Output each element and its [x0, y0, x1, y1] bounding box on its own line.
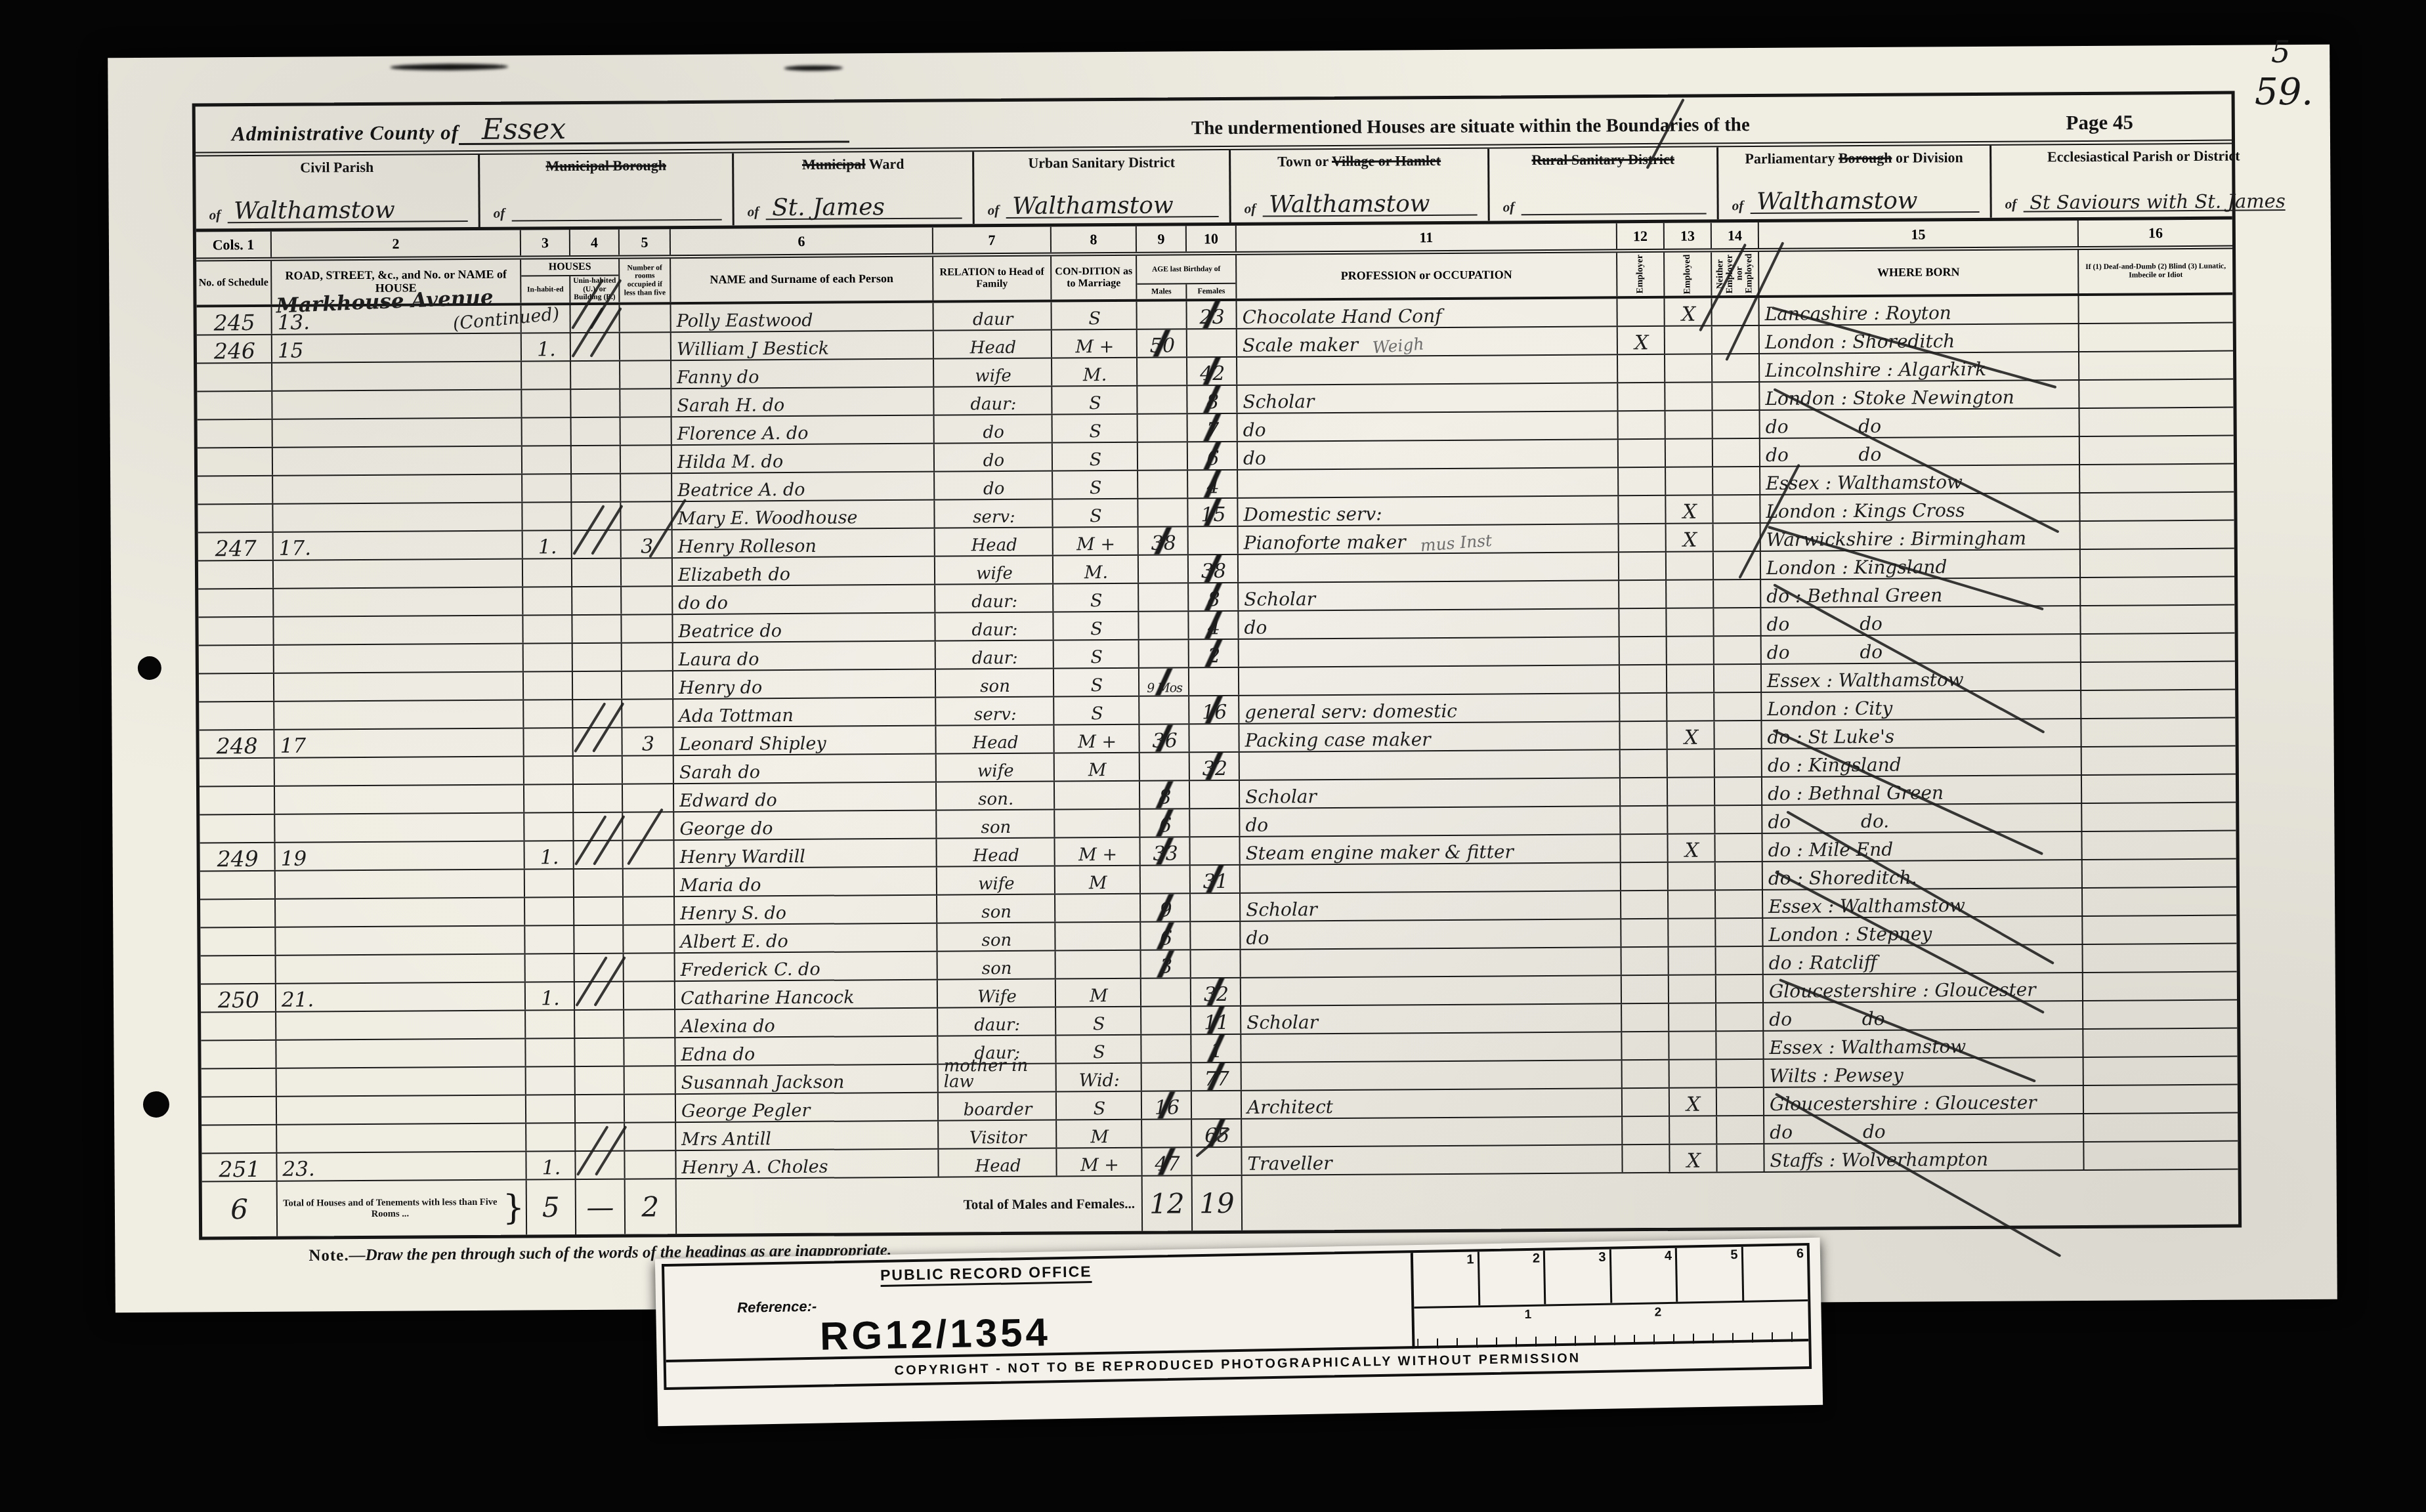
- cell-infirmity: [2084, 1142, 2238, 1169]
- cell-employed: [1669, 947, 1716, 974]
- cell-text: 17.: [279, 539, 311, 558]
- cell-house: [275, 813, 524, 841]
- cell-name: Hilda M. do: [672, 444, 935, 472]
- cell-inhabited: [524, 728, 573, 755]
- cell-text: S: [1089, 423, 1101, 440]
- cell-schedule: 245: [197, 307, 272, 335]
- cell-inhabited: [522, 418, 572, 445]
- cell-age-male: 8: [1140, 781, 1190, 808]
- cell-condition: M +: [1055, 838, 1140, 866]
- cell-infirmity: [2081, 634, 2235, 661]
- cell-occupation: Scale makerWeigh: [1237, 327, 1618, 356]
- cell-text: Maria do: [680, 877, 761, 894]
- cell-text: X: [1684, 728, 1699, 747]
- houses-title-text: HOUSES: [547, 261, 593, 273]
- cell-employer: [1619, 468, 1666, 495]
- cell-neither: [1716, 919, 1763, 946]
- cell-house: [277, 1095, 526, 1123]
- district-value: St Saviours with St. James: [2023, 193, 2286, 212]
- col-number: 9: [1137, 226, 1187, 251]
- totals-rooms: 2: [626, 1179, 677, 1234]
- cell-condition: S: [1053, 443, 1138, 471]
- cell-text: S: [1090, 649, 1103, 666]
- cell-text: Laura do: [679, 652, 759, 669]
- cell-text: Head: [973, 848, 1019, 864]
- cell-rooms: [624, 982, 675, 1009]
- cell-text: Beatrice do: [678, 623, 782, 640]
- cell-age-male: 33: [1140, 837, 1190, 864]
- district-value: [1521, 213, 1707, 215]
- cell-text: S: [1088, 310, 1101, 327]
- cell-age-male: 9 Mos: [1139, 668, 1189, 695]
- header-employer: Employer: [1617, 253, 1665, 296]
- cell-text: M: [1090, 988, 1108, 1005]
- district-value: Walthamstow: [1262, 194, 1478, 217]
- pro-office-title: PUBLIC RECORD OFFICE: [691, 1259, 1281, 1288]
- cell-occupation: [1241, 1032, 1622, 1062]
- cell-text: 1.: [541, 990, 560, 1009]
- cell-house: [276, 1011, 526, 1039]
- folio-number-partial: 5: [2271, 34, 2290, 70]
- cell-where-born: Essex : Walthamstow: [1764, 1030, 2083, 1059]
- cell-uninhabited: [576, 1095, 625, 1122]
- cell-employed: [1668, 749, 1715, 776]
- cell-house: [274, 701, 524, 729]
- cell-rooms: [622, 671, 673, 698]
- cell-infirmity: [2079, 324, 2233, 351]
- ruler-number: 6: [1797, 1246, 1804, 1261]
- cell-employed: X: [1667, 524, 1714, 551]
- cell-text: 8: [1206, 393, 1219, 412]
- district-box: Parliamentary Borough or DivisionofWalth…: [1718, 146, 1992, 220]
- cell-text: Leonard Shipley: [679, 736, 826, 753]
- admin-county-value: Essex: [459, 115, 849, 145]
- cell-text: wife: [978, 876, 1015, 892]
- cell-text: Susannah Jackson: [681, 1074, 845, 1092]
- cell-schedule: 248: [199, 730, 274, 758]
- cell-relation: son: [938, 952, 1056, 979]
- cell-occupation: Pianoforte makermus Inst: [1239, 524, 1619, 554]
- cell-relation: Head: [934, 331, 1052, 358]
- cell-relation: wife: [934, 359, 1052, 387]
- cell-age-male: [1138, 358, 1187, 385]
- cell-name: Henry A. Choles: [676, 1150, 939, 1178]
- district-box: Ecclesiastical Parish or District ofSt S…: [1991, 144, 2296, 218]
- cell-uninhabited: [572, 474, 621, 501]
- cell-text: X: [1683, 531, 1697, 550]
- cell-text: 6: [1206, 450, 1219, 469]
- cell-neither: [1716, 862, 1763, 889]
- cell-text: 245: [214, 312, 255, 333]
- cell-rooms: [624, 954, 675, 980]
- age-group-cells: MalesFemales: [1137, 284, 1235, 299]
- totals-uninhabited: —: [576, 1180, 626, 1234]
- cell-condition: S: [1053, 415, 1138, 442]
- cell-text: Albert E. do: [680, 933, 788, 951]
- cell-house: 21.: [276, 982, 526, 1011]
- cell-employed: X: [1667, 721, 1714, 748]
- cell-employer: [1620, 665, 1667, 692]
- cell-employer: [1621, 778, 1668, 805]
- cell-where-born: do : Kingsland: [1762, 747, 2082, 776]
- cell-age-female: [1191, 950, 1241, 977]
- cell-text: S: [1090, 451, 1102, 469]
- cell-occupation: [1239, 553, 1619, 582]
- cell-condition: S: [1056, 1036, 1141, 1063]
- cell-inhabited: [525, 870, 574, 896]
- cell-name: Mrs Antill: [676, 1122, 939, 1150]
- age-group-title: AGE last Birthday of: [1137, 255, 1235, 285]
- header-text: If (1) Deaf-and-Dumb (2) Blind (3) Lunat…: [2079, 262, 2232, 280]
- cell-schedule: 249: [200, 843, 276, 871]
- header-text: RELATION to Head of Family: [933, 266, 1050, 290]
- cell-inhabited: [524, 672, 573, 699]
- cell-neither: [1717, 1116, 1764, 1143]
- cell-uninhabited: [574, 898, 624, 925]
- cell-age-female: [1192, 1091, 1242, 1118]
- header-schedule: No. of Schedule: [196, 261, 272, 305]
- cell-where-born: do do: [1761, 606, 2081, 635]
- ruler: 123456 12: [1411, 1246, 1809, 1349]
- scan-smudge: [390, 64, 508, 71]
- cell-occupation: Scholar: [1239, 581, 1619, 610]
- cell-employer: [1620, 722, 1667, 749]
- cell-where-born: Gloucestershire : Gloucester: [1764, 973, 2083, 1002]
- cell-text: Sarah do: [679, 765, 760, 782]
- of-label: of: [1732, 198, 1744, 214]
- cell-schedule: [199, 646, 274, 673]
- occupation-text: Packing case maker: [1245, 731, 1431, 749]
- cell-age-male: [1138, 442, 1188, 469]
- cell-employer: [1623, 1117, 1670, 1144]
- cell-employed: [1667, 637, 1714, 663]
- district-title-text: Town or: [1277, 153, 1332, 170]
- cell-employer: [1622, 1032, 1669, 1059]
- cell-age-female: 8: [1189, 583, 1239, 610]
- cell-employed: [1667, 693, 1714, 720]
- header-house: ROAD, STREET, &c., and No. or NAME of HO…: [272, 260, 521, 304]
- cell-infirmity: [2082, 803, 2236, 831]
- cell-neither: [1717, 1144, 1764, 1171]
- header-text: Employed: [1683, 254, 1693, 294]
- cell-schedule: [202, 1125, 277, 1153]
- cell-age-female: 65: [1192, 1120, 1242, 1146]
- cell-name: Susannah Jackson: [676, 1065, 939, 1093]
- cell-house: [273, 419, 522, 447]
- occupation-text: Architect: [1247, 1099, 1333, 1116]
- header-name: NAME and Surname of each Person: [671, 257, 933, 302]
- cell-inhabited: [524, 785, 574, 812]
- cell-infirmity: [2079, 352, 2233, 379]
- totals-schedule-count: 6: [230, 1193, 248, 1225]
- district-of-line: ofSt. James: [734, 172, 972, 226]
- cell-house: [276, 1039, 526, 1067]
- cell-age-female: 6: [1188, 442, 1238, 469]
- cell-neither: [1715, 778, 1762, 805]
- cell-uninhabited: [572, 616, 622, 642]
- header-text: In-habit-ed: [526, 285, 565, 294]
- cell-text: Fanny do: [677, 369, 759, 387]
- cell-employed: X: [1666, 495, 1713, 522]
- cell-text: 16: [1155, 1099, 1180, 1118]
- cell-inhabited: [526, 954, 575, 981]
- cell-rooms: [622, 587, 673, 614]
- cell-text: daur:: [971, 622, 1017, 639]
- cell-text: Ada Tottman: [679, 707, 794, 725]
- cell-employer: [1617, 299, 1665, 325]
- cell-text: 77: [1204, 1070, 1229, 1089]
- cell-uninhabited: [576, 1067, 625, 1094]
- cell-text: Essex : Walthamstow: [1767, 672, 1964, 690]
- cell-text: M +: [1076, 536, 1115, 553]
- cell-relation: Head: [937, 839, 1055, 866]
- cell-relation: boarder: [939, 1093, 1057, 1120]
- cell-infirmity: [2080, 408, 2234, 436]
- occupation-text: Chocolate Hand Conf: [1243, 308, 1442, 326]
- cell-neither: [1714, 637, 1762, 663]
- cell-infirmity: [2083, 1001, 2237, 1028]
- cell-relation: daur:: [934, 387, 1052, 415]
- cell-text: 38: [1151, 534, 1176, 553]
- cell-text: M: [1088, 762, 1107, 779]
- col-number: 14: [1712, 222, 1759, 248]
- header-text: CON-DITION as to Marriage: [1052, 266, 1136, 289]
- district-boxes: Civil Parish ofWalthamstowMunicipal Boro…: [196, 144, 2232, 232]
- district-value: Walthamstow: [1006, 196, 1219, 219]
- cell-age-male: [1141, 866, 1191, 892]
- cell-text: 1.: [537, 341, 556, 360]
- cell-house: 23.: [277, 1152, 526, 1180]
- cell-age-female: [1187, 329, 1237, 356]
- cell-text: Florence A. do: [677, 425, 809, 443]
- district-title: Ecclesiastical Parish or District: [1991, 144, 2295, 165]
- cell-condition: S: [1053, 499, 1138, 527]
- cell-text: 4: [1207, 478, 1220, 497]
- cell-employed: [1670, 1116, 1717, 1143]
- district-of-line: of: [480, 173, 732, 227]
- cell-schedule: [201, 1041, 276, 1068]
- cell-where-born: Gloucestershire : Gloucester: [1764, 1086, 2084, 1115]
- cell-employer: [1622, 976, 1669, 1003]
- cell-employer: [1619, 440, 1666, 467]
- cell-text: S: [1090, 593, 1103, 610]
- cell-where-born: Wilts : Pewsey: [1764, 1058, 2084, 1087]
- cell-rooms: [624, 869, 675, 896]
- cell-schedule: [201, 1013, 276, 1040]
- cell-age-male: 36: [1139, 724, 1189, 751]
- cell-employed: [1670, 1060, 1717, 1087]
- cell-employer: [1621, 835, 1668, 862]
- cell-text: M.: [1084, 564, 1108, 581]
- cell-text: 15: [278, 341, 304, 361]
- cell-occupation: Packing case maker: [1239, 722, 1620, 751]
- cell-text: 1.: [540, 849, 559, 868]
- district-box: Municipal WardofSt. James: [734, 152, 975, 225]
- cell-employed: [1665, 354, 1713, 381]
- cell-neither: [1715, 806, 1762, 833]
- cell-employer: [1623, 1145, 1670, 1172]
- cell-schedule: [198, 476, 273, 504]
- cell-text: 2: [1208, 647, 1220, 666]
- col-number: 11: [1237, 223, 1617, 251]
- cell-text: daur:: [974, 1017, 1020, 1034]
- cell-infirmity: [2081, 577, 2234, 605]
- cell-occupation: [1239, 637, 1620, 667]
- cell-text: do: [983, 453, 1004, 469]
- cell-text: S: [1090, 480, 1102, 497]
- cell-infirmity: [2081, 719, 2235, 746]
- cell-text: 246: [214, 341, 255, 362]
- district-title: Municipal Ward: [734, 152, 972, 173]
- cell-infirmity: [2082, 831, 2236, 859]
- header-occupation: PROFESSION or OCCUPATION: [1237, 253, 1617, 299]
- cell-condition: S: [1053, 612, 1139, 640]
- cell-condition: M +: [1054, 725, 1139, 753]
- cell-condition: [1055, 810, 1140, 837]
- cell-employed: [1668, 806, 1715, 833]
- scan-smudge: [784, 66, 843, 72]
- cell-rooms: [624, 925, 675, 952]
- cell-condition: S: [1053, 584, 1139, 612]
- cell-house: [277, 1067, 526, 1095]
- cell-age-female: [1189, 724, 1239, 751]
- occupation-text: do: [1246, 930, 1269, 948]
- cell-condition: M +: [1052, 330, 1138, 358]
- col-number: 3: [521, 230, 570, 255]
- cell-house: 17.: [274, 532, 523, 560]
- cell-condition: M: [1056, 979, 1141, 1007]
- cell-house: 15: [272, 334, 522, 362]
- district-title-text: Ecclesiastical Parish or District: [2047, 148, 2240, 165]
- cell-inhabited: [525, 898, 574, 925]
- cell-text: Head: [972, 735, 1018, 751]
- cell-text: M +: [1080, 1157, 1119, 1174]
- cell-text: Hilda M. do: [677, 453, 783, 471]
- cell-occupation: do: [1241, 919, 1621, 949]
- district-title-struck: Municipal: [802, 156, 866, 173]
- reference-number: RG12/1354: [819, 1309, 1051, 1358]
- cell-inhabited: [524, 644, 573, 671]
- cell-age-female: [1190, 809, 1240, 836]
- cell-name: Mary E. Woodhouse: [672, 501, 935, 529]
- cell-infirmity: [2081, 549, 2234, 577]
- cell-employed: X: [1670, 1088, 1717, 1115]
- cell-infirmity: [2080, 493, 2234, 520]
- cell-employed: [1665, 326, 1713, 353]
- cell-name: Henry do: [673, 670, 936, 698]
- cell-text: Edna do: [681, 1047, 755, 1064]
- header-age-group: AGE last Birthday ofMalesFemales: [1137, 255, 1237, 299]
- cell-age-female: [1191, 894, 1241, 921]
- cell-employer: [1618, 355, 1665, 382]
- cell-text: Wilts : Pewsey: [1770, 1067, 1904, 1085]
- cell-condition: [1055, 923, 1141, 950]
- cell-infirmity: [2080, 436, 2234, 464]
- cell-name: Elizabeth do: [673, 557, 935, 585]
- cell-text: boarder: [964, 1102, 1032, 1118]
- cell-uninhabited: [574, 757, 623, 784]
- occupation-text: do: [1243, 450, 1266, 468]
- cell-house: [274, 588, 523, 616]
- cell-uninhabited: [574, 785, 623, 812]
- cell-employer: [1621, 750, 1668, 777]
- cell-age-female: 77: [1192, 1063, 1242, 1090]
- cell-infirmity: [2081, 521, 2234, 549]
- cell-infirmity: [2082, 747, 2236, 774]
- cell-condition: Wid:: [1057, 1064, 1142, 1091]
- cell-name: George Pegler: [676, 1093, 939, 1122]
- occupation-text: general serv: domestic: [1245, 703, 1457, 722]
- cell-uninhabited: [571, 362, 620, 388]
- cell-rooms: [623, 756, 674, 783]
- cell-employer: [1619, 496, 1666, 523]
- cell-age-male: 6: [1140, 809, 1190, 836]
- cell-text: Edward do: [679, 793, 777, 810]
- header-text: No. of Schedule: [197, 277, 270, 289]
- cell-employer: [1623, 1089, 1670, 1116]
- cell-relation: Visitor: [939, 1121, 1057, 1148]
- cell-relation: wife: [937, 754, 1055, 782]
- cell-age-male: 9: [1141, 894, 1191, 921]
- hole-punch: [138, 656, 161, 680]
- cell-inhabited: [522, 474, 572, 501]
- cell-text: son: [981, 904, 1011, 921]
- cell-house: [276, 954, 526, 982]
- cell-age-female: 23: [1187, 301, 1237, 328]
- cell-relation: daur:: [936, 641, 1054, 669]
- cell-employer: [1621, 891, 1669, 918]
- cell-name: Frederick C. do: [675, 952, 938, 980]
- pro-stamp-box: PUBLIC RECORD OFFICE Reference:- RG12/13…: [662, 1243, 1812, 1390]
- cell-employer: [1619, 553, 1667, 579]
- scanned-census-page: Administrative County ofEssex The underm…: [0, 0, 2426, 1512]
- cell-schedule: [198, 589, 274, 617]
- cell-inhabited: [522, 390, 571, 417]
- cell-name: Leonard Shipley: [673, 726, 936, 755]
- reference-label: Reference:-: [737, 1298, 817, 1316]
- cell-inhabited: [522, 503, 572, 530]
- ruler-top: 123456: [1413, 1246, 1808, 1307]
- cell-schedule: [200, 815, 275, 843]
- occupation-text: Scholar: [1246, 902, 1317, 919]
- cell-inhabited: [526, 1039, 575, 1066]
- totals-row: 6Total of Houses and of Tenements with l…: [202, 1170, 2238, 1237]
- cell-employed: [1669, 975, 1716, 1002]
- cell-age-female: 15: [1188, 499, 1238, 526]
- cell-uninhabited: [574, 870, 624, 896]
- cell-age-male: [1141, 1035, 1191, 1062]
- cell-text: M +: [1075, 339, 1114, 356]
- cell-neither: [1714, 693, 1762, 720]
- col-number-text: 12: [1633, 228, 1648, 245]
- of-label: of: [1245, 201, 1256, 217]
- cell-text: Essex : Walthamstow: [1766, 474, 1963, 493]
- cell-relation: wife: [935, 556, 1053, 584]
- cell-where-born: London : City: [1762, 691, 2081, 720]
- cell-age-male: [1142, 1120, 1192, 1146]
- district-title: Parliamentary Borough or Division: [1718, 146, 1990, 167]
- cell-text: 36: [1152, 732, 1177, 751]
- cell-employer: [1619, 411, 1666, 438]
- cell-name: Edward do: [674, 783, 937, 811]
- cell-employer: [1622, 1004, 1669, 1031]
- cell-text: 38: [1201, 562, 1226, 581]
- cell-text: 50: [1150, 337, 1175, 356]
- cell-employed: [1668, 778, 1715, 805]
- cell-text: London : City: [1767, 700, 1892, 719]
- header-age-males: Males: [1137, 284, 1187, 299]
- occupation-text: Scholar: [1243, 394, 1314, 411]
